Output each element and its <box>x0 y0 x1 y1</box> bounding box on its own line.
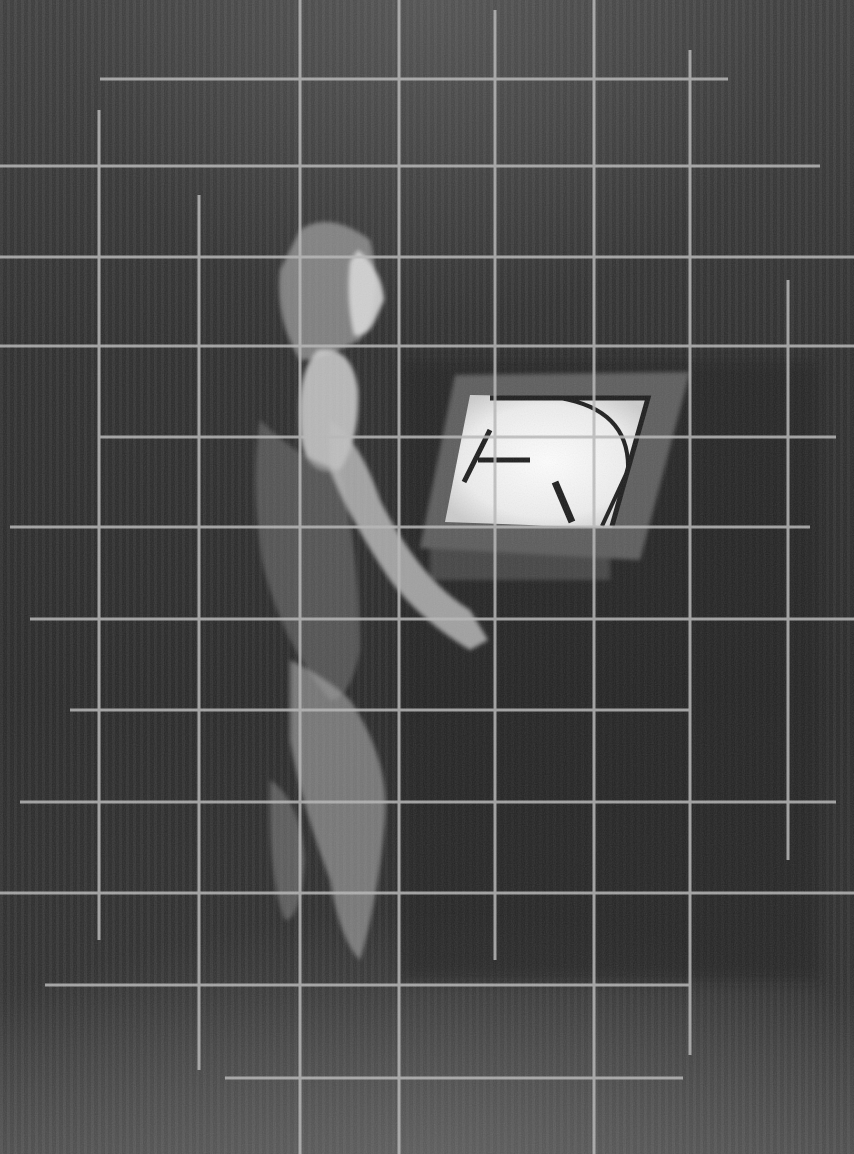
artwork-scene <box>0 0 854 1154</box>
paper-grain <box>0 0 854 1154</box>
charcoal-drawing <box>0 0 854 1154</box>
